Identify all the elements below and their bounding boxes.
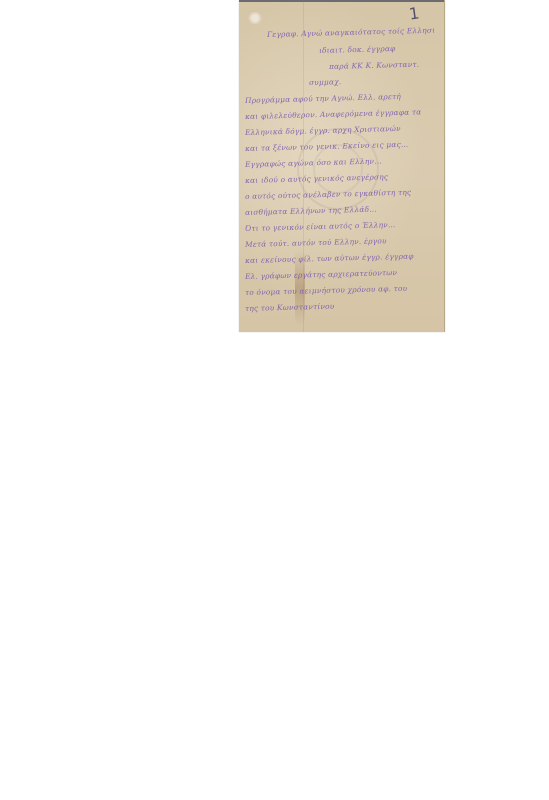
page-right-edge [444,0,445,332]
heading-line: παρά ΚΚ Κ. Κωνσταντ. [329,60,419,71]
paper-speck [247,12,263,24]
body-line: Ελ. γράφων εργάτης αρχιερατεύοντων [245,268,397,281]
page-number-mark: 1 [408,3,421,23]
body-line: το όνομα του αειμνήστου χρόνου αφ. του [245,284,408,297]
body-line: και φιλελεύθερον. Αναφερόμενα έγγραφα τα [245,107,422,121]
heading-line: Γεγραφ. Αγνώ αναγκαιότατος τοίς Ελλησι [267,26,435,39]
body-line: της του Κωνσταντίνου [245,302,335,313]
handwritten-letter-page: 1 Γεγραφ. Αγνώ αναγκαιότατος τοίς Ελλησι… [239,0,445,332]
heading-line: συμμαχ. [309,77,342,87]
body-line: αισθήματα Ελλήνων της Ελλάδ… [245,205,377,217]
body-line: Μετά τούτ. αυτόν τού Ελλην. έργου [245,236,387,249]
body-line: Ότι το γενικόν είναι αυτός ο Έλλην… [245,220,396,233]
heading-line: ιδιαιτ. δοκ. έγγραφ [319,44,396,55]
body-line: Προγράμμα αφού την Αγνώ. Ελλ. αρετή [245,92,401,105]
page-top-edge [239,0,445,2]
body-line: και εκείνους φίλ. των αύτων έγγρ. έγγραφ [245,252,414,265]
